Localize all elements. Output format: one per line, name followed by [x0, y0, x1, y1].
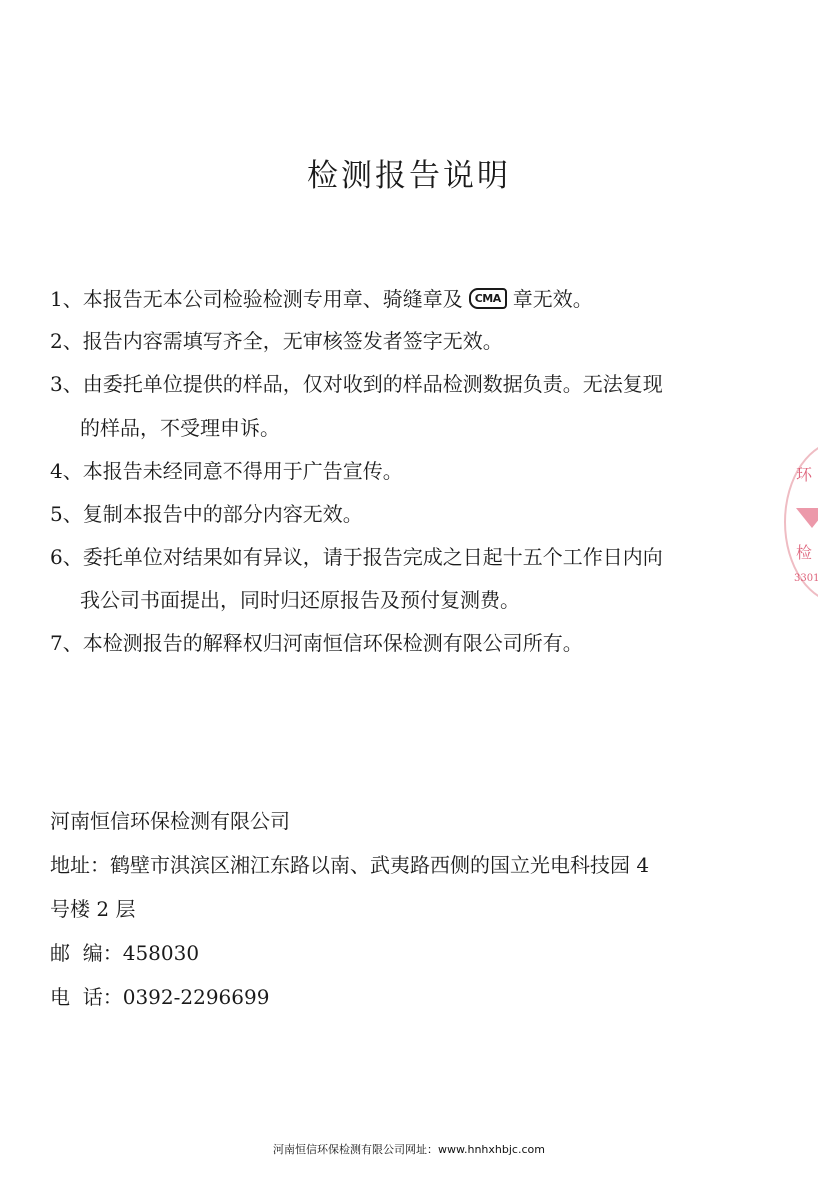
company-name: 河南恒信环保检测有限公司	[50, 809, 290, 833]
item-number: 6、	[50, 545, 83, 569]
notice-item-6: 6、委托单位对结果如有异议，请于报告完成之日起十五个工作日内向	[50, 545, 663, 569]
item-text: 复制本报告中的部分内容无效。	[83, 502, 363, 526]
item-text: 由委托单位提供的样品，仅对收到的样品检测数据负责。无法复现	[83, 372, 663, 396]
item-text: 委托单位对结果如有异议，请于报告完成之日起十五个工作日内向	[83, 545, 663, 569]
company-postcode: 邮 编：458030	[50, 941, 199, 965]
stamp-char-mid: 检	[796, 540, 812, 563]
company-address-line2: 号楼 2 层	[50, 897, 135, 921]
item-text: 本报告无本公司检验检测专用章、骑缝章及	[83, 287, 463, 311]
item-text: 报告内容需填写齐全，无审核签发者签字无效。	[83, 329, 503, 353]
stamp-char-top: 环	[796, 462, 812, 485]
notice-item-5: 5、复制本报告中的部分内容无效。	[50, 502, 363, 526]
company-phone: 电 话：0392-2296699	[50, 985, 269, 1009]
item-number: 3、	[50, 372, 83, 396]
notice-item-7: 7、本检测报告的解释权归河南恒信环保检测有限公司所有。	[50, 631, 583, 655]
item-text: 本报告未经同意不得用于广告宣传。	[83, 459, 403, 483]
item-text-after: 章无效。	[513, 287, 593, 311]
item-number: 2、	[50, 329, 83, 353]
cma-mark-icon: CMA	[469, 288, 507, 309]
stamp-star-icon	[796, 508, 818, 528]
notice-item-2: 2、报告内容需填写齐全，无审核签发者签字无效。	[50, 329, 503, 353]
notice-item-3-continuation: 的样品，不受理申诉。	[80, 416, 280, 440]
item-number: 5、	[50, 502, 83, 526]
stamp-digits: 3301	[794, 573, 818, 584]
item-text: 本检测报告的解释权归河南恒信环保检测有限公司所有。	[83, 631, 583, 655]
item-number: 1、	[50, 287, 83, 311]
notice-item-3: 3、由委托单位提供的样品，仅对收到的样品检测数据负责。无法复现	[50, 372, 663, 396]
item-number: 4、	[50, 459, 83, 483]
notice-item-4: 4、本报告未经同意不得用于广告宣传。	[50, 459, 403, 483]
item-number: 7、	[50, 631, 83, 655]
company-address-line1: 地址：鹤壁市淇滨区湘江东路以南、武夷路西侧的国立光电科技园 4	[50, 853, 649, 877]
footer-website: 河南恒信环保检测有限公司网址：www.hnhxhbjc.com	[0, 1141, 818, 1157]
notice-item-6-continuation: 我公司书面提出，同时归还原报告及预付复测费。	[80, 588, 520, 612]
notice-item-1: 1、本报告无本公司检验检测专用章、骑缝章及CMA章无效。	[50, 287, 593, 311]
page-title: 检测报告说明	[0, 150, 818, 195]
